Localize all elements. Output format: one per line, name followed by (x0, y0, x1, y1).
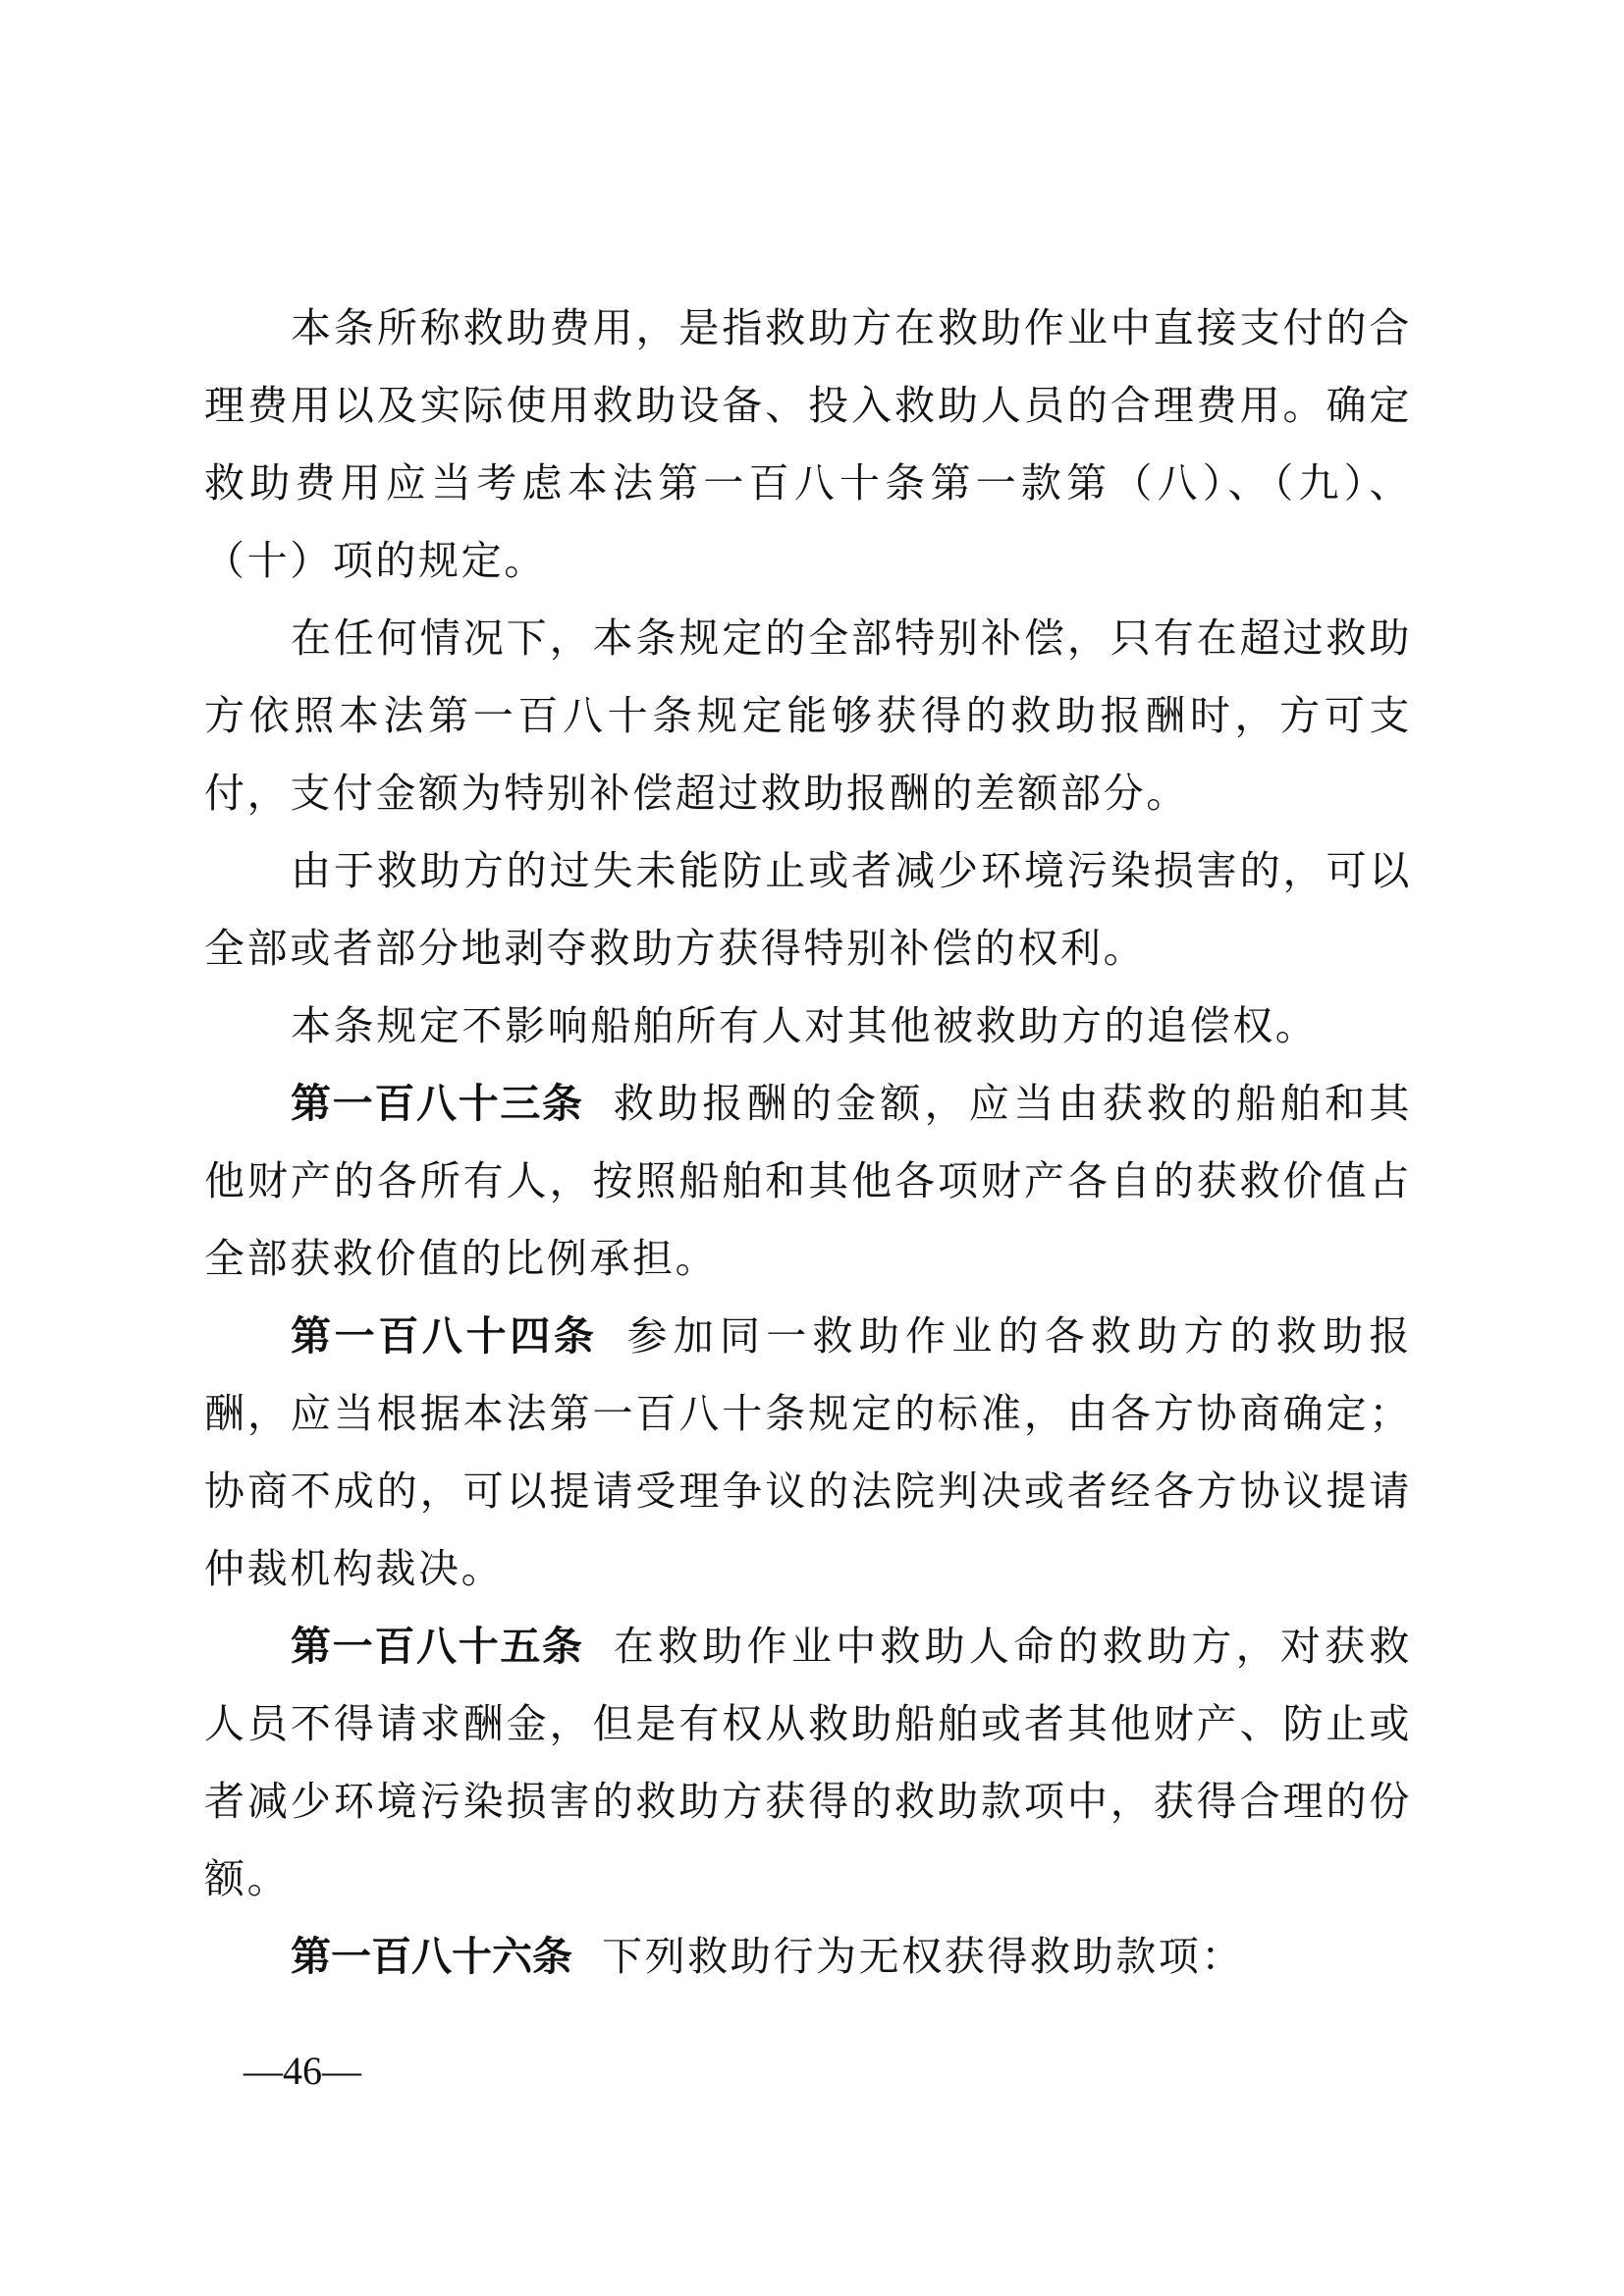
article-183: 第一百八十三条救助报酬的金额，应当由获救的船舶和其他财产的各所有人，按照船舶和其… (204, 1065, 1412, 1298)
article-heading: 第一百八十四条 (291, 1312, 598, 1360)
page-number: —46— (244, 2050, 361, 2093)
paragraph-text: 本条规定不影响船舶所有人对其他被救助方的追偿权。 (291, 1002, 1318, 1049)
document-body: 本条所称救助费用，是指救助方在救助作业中直接支付的合理费用以及实际使用救助设备、… (204, 290, 1412, 1996)
paragraph-text: 在任何情况下，本条规定的全部特别补偿，只有在超过救助方依照本法第一百八十条规定能… (204, 614, 1412, 817)
paragraph-deprivation-of-compensation: 由于救助方的过失未能防止或者减少环境污染损害的，可以全部或者部分地剥夺救助方获得… (204, 832, 1412, 988)
paragraph-recourse-right: 本条规定不影响船舶所有人对其他被救助方的追偿权。 (204, 988, 1412, 1065)
article-184: 第一百八十四条参加同一救助作业的各救助方的救助报酬，应当根据本法第一百八十条规定… (204, 1298, 1412, 1608)
article-heading: 第一百八十三条 (291, 1080, 584, 1127)
paragraph-text: 本条所称救助费用，是指救助方在救助作业中直接支付的合理费用以及实际使用救助设备、… (204, 304, 1412, 584)
article-185: 第一百八十五条在救助作业中救助人命的救助方，对获救人员不得请求酬金，但是有权从救… (204, 1608, 1412, 1918)
paragraph-salvage-expenses-definition: 本条所称救助费用，是指救助方在救助作业中直接支付的合理费用以及实际使用救助设备、… (204, 290, 1412, 600)
paragraph-text: 由于救助方的过失未能防止或者减少环境污染损害的，可以全部或者部分地剥夺救助方获得… (204, 847, 1412, 972)
paragraph-special-compensation-payment: 在任何情况下，本条规定的全部特别补偿，只有在超过救助方依照本法第一百八十条规定能… (204, 600, 1412, 832)
document-page: 本条所称救助费用，是指救助方在救助作业中直接支付的合理费用以及实际使用救助设备、… (0, 0, 1624, 2296)
article-heading: 第一百八十五条 (291, 1623, 584, 1670)
article-186: 第一百八十六条下列救助行为无权获得救助款项： (204, 1918, 1412, 1996)
article-heading: 第一百八十六条 (291, 1933, 572, 1980)
article-text: 下列救助行为无权获得救助款项： (602, 1933, 1244, 1980)
